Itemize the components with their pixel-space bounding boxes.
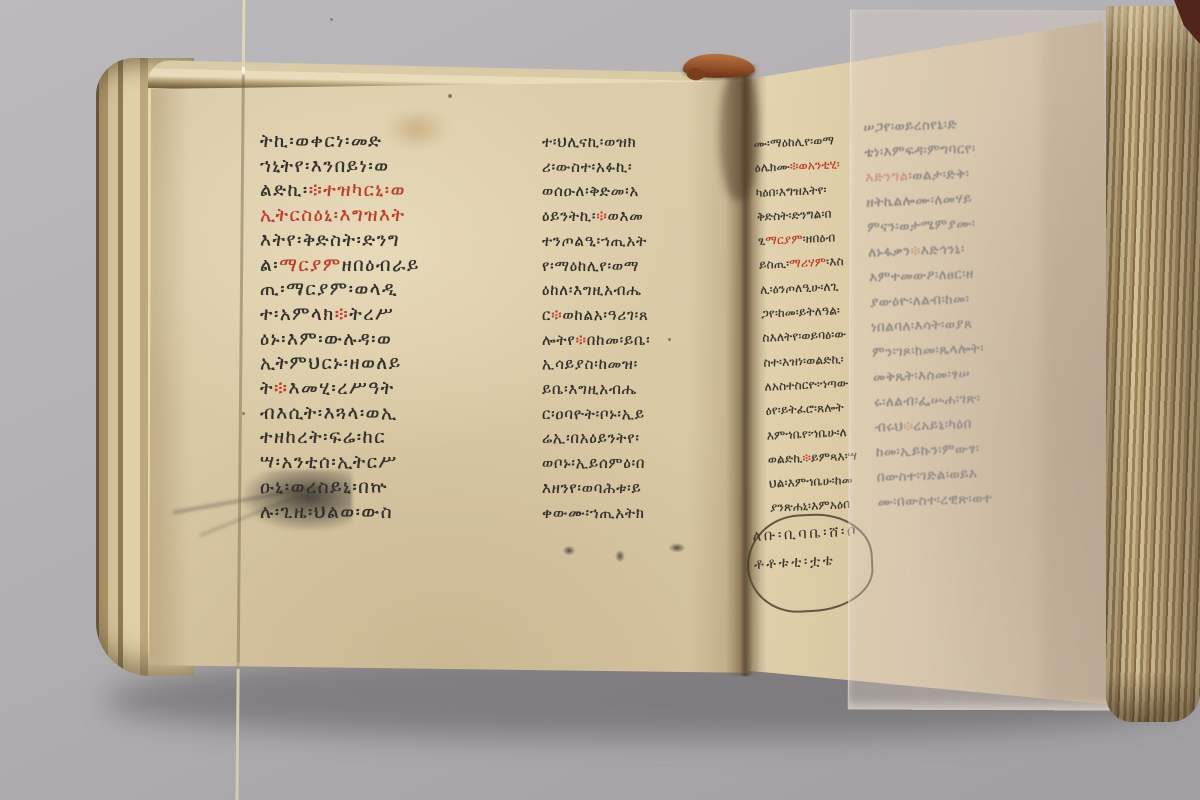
text-line: ተ፡ህሊናኪ፡ወዝክ [542, 130, 742, 155]
rubric-red-text: ማርያም [279, 255, 342, 276]
black-ink-text: ሙ፡ማዕከሊየ፡ወማ [753, 133, 834, 151]
black-ink-text: ጋየ፡ከመ፡ይትለዓል፡ [761, 303, 840, 321]
text-line: ወሰዑለ፡ቅድመ፡አ [542, 179, 742, 204]
text-line: ሉ፡ጊዜ፡ህልወ፡ውስ [260, 501, 546, 526]
black-ink-text: ሎትየ [542, 331, 575, 349]
tissue-guard-overlay [848, 10, 1117, 711]
black-ink-text: ቀውሙ፡ኀጢአትክ [542, 504, 645, 522]
rubric-red-text: ኢትርስዕኒ፡እግዝእት [260, 205, 405, 226]
rubric-red-text: ፨ተዝካርኒ፡ወ [309, 180, 406, 201]
rubric-red-text: ማርያም [765, 232, 803, 248]
text-line: ሎትየ፨በከመ፡ይቤ፡ [542, 328, 742, 353]
black-ink-text: ትረሥ [349, 304, 394, 325]
text-line: ኢትርስዕኒ፡እግዝእት [260, 204, 546, 229]
text-line: ተ፡አምላክ፨ትረሥ [260, 303, 546, 328]
small-ink-marks [554, 538, 704, 566]
black-ink-text: ኢትምህርኑ፡ዘወለይ [260, 353, 402, 374]
text-column-left-2: ተ፡ህሊናኪ፡ወዝክሪ፡ውስተ፡አፉኪ፡ወሰዑለ፡ቅድመ፡አዕይንትኪ፡፨ወእመ… [542, 130, 742, 534]
text-line: ወቦኑ፡ኢይሰምዕ፡በ [542, 451, 742, 476]
black-ink-text: ሪ፡ውስተ፡አፉኪ፡ [542, 158, 632, 176]
text-line: ተዘከረት፡ፍሬ፡ከር [260, 426, 546, 451]
text-line: ሣ፡አንቲሰ፡ኢትርሥ [260, 451, 546, 476]
black-ink-text: ይስጢ፡ [759, 257, 790, 272]
rubric-red-text: ፨ [575, 331, 586, 349]
black-ink-text: ለቡ፡ቢባቤ፡ሸ፡ቦ [752, 521, 858, 545]
text-line: ዕይንትኪ፡፨ወእመ [542, 204, 742, 229]
text-line: ኢትምህርኑ፡ዘወለይ [260, 352, 546, 377]
black-ink-text: ብእሲት፡እጓላ፡ወኢ [260, 403, 398, 424]
rubric-red-text: ፨ወአንቲሂ፡ [790, 157, 841, 173]
text-line: ሬኢ፡በአዕይንትየ፡ [542, 426, 742, 451]
text-line: ዕከለ፡እግዚአብሔ [542, 278, 742, 303]
black-ink-text: ፡እስ [826, 255, 844, 270]
text-line: ር፨ወከልአ፡ዓሪገ፡ጸ [542, 303, 742, 328]
text-line: እትየ፡ቅድስት፡ድንግ [260, 229, 546, 254]
rubric-red-text: ፨ [596, 207, 607, 225]
black-ink-text: ት [260, 378, 274, 399]
text-column-left-1: ትኪ፡ወቀርነ፡መድኀኒትየ፡እንበይነ፡ወልድኪ፡፨ተዝካርኒ፡ወኢትርስዕኒ… [260, 130, 546, 534]
text-line: ቀውሙ፡ኀጢአትክ [542, 501, 742, 526]
text-line: ልድኪ፡፨ተዝካርኒ፡ወ [260, 179, 546, 204]
text-line: ይቤ፡እግዚአብሔ [542, 377, 742, 402]
black-ink-text: ተዘከረት፡ፍሬ፡ከር [260, 427, 386, 448]
black-ink-text: ቶቶቱቲ፡ቷቴ [754, 551, 836, 573]
text-line: ተንጦልዒ፡ኀጢአት [542, 229, 742, 254]
black-ink-text: ወሰዑለ፡ቅድመ፡አ [542, 182, 639, 200]
text-line: እዘንየ፡ወባሕቱ፡ይ [542, 476, 742, 501]
black-ink-text: ሣ፡አንቲሰ፡ኢትርሥ [260, 452, 398, 473]
black-ink-text: ህል፡እምኀቤሁ፡ከመ [769, 473, 853, 491]
black-ink-text: ስተ፡እዝነ፡ወልድኪ፡ [763, 352, 844, 370]
dust-speck [330, 18, 333, 21]
black-ink-text: ያንጽሐኒ፡እምአዕበ [770, 497, 851, 515]
black-ink-text: ካዕበ፡እግዝእትየ፡ [755, 182, 827, 199]
black-ink-text: ዑኒ፡ወረስይኒ፡በኵ [260, 477, 388, 498]
gutter-top-shadow [720, 68, 758, 200]
black-ink-text: ይቤ፡እግዚአብሔ [542, 380, 637, 398]
text-line: ል፡ማርያምዘበዕብራይ [260, 254, 546, 279]
black-ink-text: ዕይንትኪ፡ [542, 207, 596, 225]
black-ink-text: ልድኪ፡ [260, 180, 309, 201]
rubric-red-text: ፨ [335, 304, 350, 325]
black-ink-text: ር፡ዐባዮት፡ቦኑ፡ኢይ [542, 405, 645, 423]
black-ink-text: ቅድስት፡ድንግል፡በ [757, 206, 832, 223]
black-ink-text: ወእመ [608, 207, 644, 225]
text-line: ኀኒትየ፡እንበይነ፡ወ [260, 155, 546, 180]
black-ink-text: ስእለትየ፡ወይባዕ፡ው [762, 327, 846, 345]
black-ink-text: ሉ፡ጊዜ፡ህልወ፡ውስ [260, 502, 393, 523]
rubric-red-text: ማሪሃም [789, 255, 827, 271]
black-ink-text: ወከልአ፡ዓሪገ፡ጸ [562, 306, 648, 324]
black-ink-text: የ፡ማዕከሊየ፡ወማ [542, 257, 639, 275]
black-ink-text: ሬኢ፡በአዕይንትየ፡ [542, 429, 640, 447]
rubric-red-text: ፨ [551, 306, 562, 324]
black-ink-text: ዕየ፡ይትፈሮ፡ጸሎት [765, 400, 844, 418]
black-ink-text: በከመ፡ይቤ፡ [587, 331, 651, 349]
black-ink-text: ዘበዕብራይ [342, 255, 420, 276]
black-ink-text: ትኪ፡ወቀርነ፡መድ [260, 131, 382, 152]
ink-speck [242, 412, 245, 415]
black-ink-text: ል፡ [260, 255, 279, 276]
black-ink-text: ፡ዘበዕብ [802, 231, 835, 246]
text-line: ጢ፡ማርያም፡ወላዲ [260, 278, 546, 303]
text-line: ዑኒ፡ወረስይኒ፡በኵ [260, 476, 546, 501]
text-line: ብእሲት፡እጓላ፡ወኢ [260, 402, 546, 427]
black-ink-text: ወልድኪ [768, 451, 803, 467]
black-ink-text: እዘንየ፡ወባሕቱ፡ይ [542, 479, 642, 497]
rubric-red-text: ፨ [274, 378, 289, 399]
black-ink-text: እመሂ፡ረሥዓት [289, 378, 395, 399]
black-ink-text: እምኀቤየ፡ኀቤሁ፡ለ [766, 425, 847, 443]
fore-edge-page-stack [1106, 6, 1200, 722]
black-ink-text: ተንጦልዒ፡ኀጢአት [542, 232, 647, 250]
photo-of-open-manuscript: ትኪ፡ወቀርነ፡መድኀኒትየ፡እንበይነ፡ወልድኪ፡፨ተዝካርኒ፡ወኢትርስዕኒ… [0, 0, 1200, 800]
text-line: የ፡ማዕከሊየ፡ወማ [542, 254, 742, 279]
text-line: ት፨እመሂ፡ረሥዓት [260, 377, 546, 402]
black-ink-text: ወቦኑ፡ኢይሰምዕ፡በ [542, 454, 645, 472]
text-line: ሪ፡ውስተ፡አፉኪ፡ [542, 155, 742, 180]
black-ink-text: ተ፡አምላክ [260, 304, 335, 325]
black-ink-text: ኀኒትየ፡እንበይነ፡ወ [260, 156, 390, 177]
text-line: ትኪ፡ወቀርነ፡መድ [260, 130, 546, 155]
ink-speck [448, 94, 452, 98]
text-line: ር፡ዐባዮት፡ቦኑ፡ኢይ [542, 402, 742, 427]
text-line: ኢሳይያስ፡ከመዝ፡ [542, 352, 742, 377]
black-ink-text: ዕከለ፡እግዚአብሔ [542, 281, 642, 299]
black-ink-text: ለአስተስርዮ፡ኀጣው [764, 376, 849, 394]
black-ink-text: ተ፡ህሊናኪ፡ወዝክ [542, 133, 637, 151]
text-line: ዕኑ፡እም፡ውሉዳ፡ወ [260, 328, 546, 353]
black-ink-text: እትየ፡ቅድስት፡ድንግ [260, 230, 400, 251]
black-ink-text: ዕኑ፡እም፡ውሉዳ፡ወ [260, 329, 392, 350]
black-ink-text: ጢ፡ማርያም፡ወላዲ [260, 279, 398, 300]
black-ink-text: ር [542, 306, 551, 324]
black-ink-text: ኢሳይያስ፡ከመዝ፡ [542, 355, 638, 373]
black-ink-text: ሊ፡ዕንጦለዒሁ፡ለጊ [760, 279, 839, 297]
